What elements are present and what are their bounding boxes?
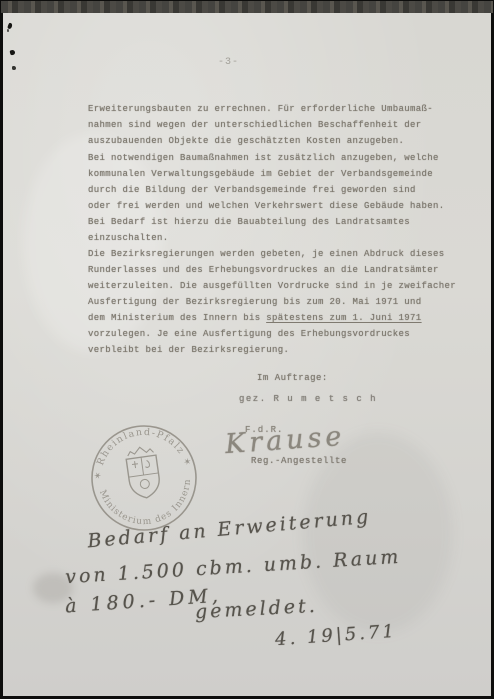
scan-speck [7,29,9,32]
scan-edge-band [1,1,493,13]
paragraph-1: Erweiterungsbauten zu errechnen. Für erf… [88,101,453,149]
typed-line: weiterzuleiten. Die ausgefüllten Vordruc… [88,278,453,294]
typed-line: einzuschalten. [88,230,453,246]
typed-line: nahmen sind wegen der unterschiedlichen … [88,117,453,133]
handwritten-date: 4. 19|5.71 [274,621,397,650]
typed-text: dem Ministerium des Innern bis [88,313,266,323]
typed-signature: gez. R u m e t s c h [239,394,377,404]
typed-line: auszubauenden Objekte die geschätzten Ko… [88,133,453,149]
paragraph-2: Bei notwendigen Baumaßnahmen ist zusätzl… [88,150,453,246]
typed-line: oder frei werden und welchen Verkehrswer… [88,198,453,214]
typed-line: Bei notwendigen Baumaßnahmen ist zusätzl… [88,150,453,166]
typed-line: Erweiterungsbauten zu errechnen. Für erf… [88,101,453,117]
typed-line: durch die Bildung der Verbandsgemeinde f… [88,182,453,198]
typed-line: verbleibt bei der Bezirksregierung. [88,342,453,358]
paragraph-3: Die Bezirksregierungen werden gebeten, j… [88,246,453,358]
scan-speck [12,66,16,70]
im-auftrage-line: Im Auftrage: [257,373,328,383]
signer-title: Reg.-Angestellte [251,456,347,466]
typed-line: Runderlasses und des Erhebungsvordruckes… [88,262,453,278]
typed-line: Ausfertigung der Bezirksregierung bis zu… [88,294,453,310]
typed-line: Die Bezirksregierungen werden gebeten, j… [88,246,453,262]
underlined-deadline: spätestens zum 1. Juni 1971 [266,313,421,323]
typed-line: vorzulegen. Je eine Ausfertigung des Erh… [88,326,453,342]
svg-text:✶ Rheinland-Pfalz ✶: ✶ Rheinland-Pfalz ✶ [87,420,194,481]
scan-speck [9,49,15,55]
handwritten-signature: Krause [224,421,346,460]
typed-line: Bei Bedarf ist hierzu die Bauabteilung d… [88,214,453,230]
page-number: -3- [218,57,239,68]
letter-page: -3- Erweiterungsbauten zu errechnen. Für… [3,13,491,696]
typed-line: dem Ministerium des Innern bis spätesten… [88,310,453,326]
scanned-letter-page: -3- Erweiterungsbauten zu errechnen. Für… [0,0,494,699]
typed-line: kommunalen Verwaltungsgebäude im Gebiet … [88,166,453,182]
coat-of-arms-shield-icon [125,445,162,500]
stamp-top-text: ✶ Rheinland-Pfalz ✶ [87,420,194,481]
handwritten-note-line: von 1.500 cbm. umb. Raum [65,546,402,589]
